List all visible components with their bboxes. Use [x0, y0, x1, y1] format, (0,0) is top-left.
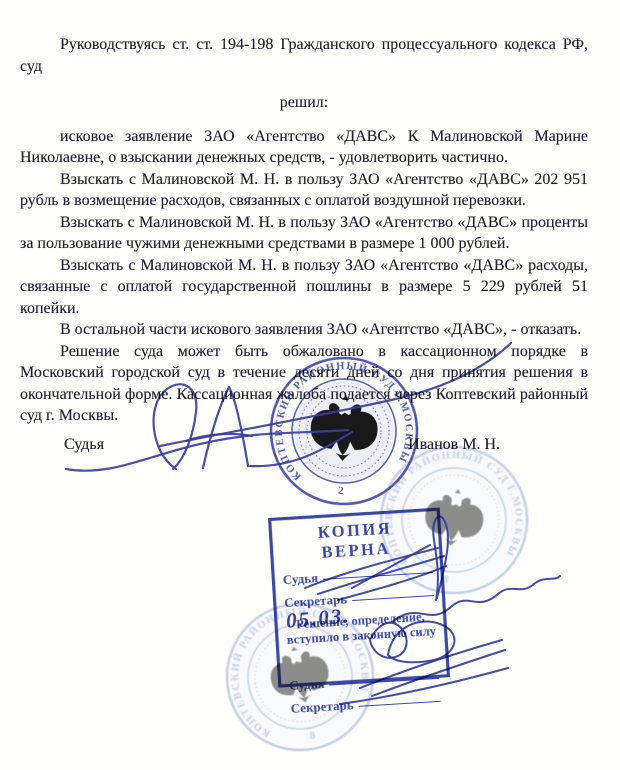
svg-text:8: 8	[309, 729, 317, 742]
copy-stamp-title: КОПИЯ ВЕРНА	[279, 516, 431, 565]
blank-line	[330, 678, 440, 686]
copy-stamp-judge-line-2: Судья	[289, 669, 440, 694]
paragraph: В остальной части искового заявления ЗАО…	[20, 319, 588, 341]
resolution-heading: решил:	[20, 92, 588, 114]
intro-paragraph: Руководствуясь ст. ст. 194-198 Гражданск…	[20, 34, 588, 77]
paragraph: Взыскать с Малиновской М. Н. в пользу ЗА…	[20, 212, 588, 255]
signature-row: Судья Иванов М. Н.	[20, 434, 588, 456]
body-paragraphs: исковое заявление ЗАО «Агентство «ДАВС» …	[20, 126, 588, 427]
seal-number: 2	[338, 485, 345, 497]
scanned-court-decision: Руководствуясь ст. ст. 194-198 Гражданск…	[0, 0, 620, 770]
copy-stamp-secretary-label: Секретарь	[290, 697, 354, 717]
copy-stamp-secretary-line-2: Секретарь	[290, 692, 441, 717]
paragraph: Взыскать с Малиновской М. Н. в пользу ЗА…	[20, 255, 588, 320]
paragraph: исковое заявление ЗАО «Агентство «ДАВС» …	[20, 126, 588, 169]
copy-verna-stamp: КОПИЯ ВЕРНА Судья Секретарь Решение, опр…	[268, 507, 450, 687]
blank-line	[352, 595, 434, 601]
paragraph: Взыскать с Малиновской М. Н. в пользу ЗА…	[20, 169, 588, 212]
blank-line	[359, 701, 441, 707]
copy-stamp-judge-label: Судья	[282, 570, 318, 588]
decision-text: Руководствуясь ст. ст. 194-198 Гражданск…	[20, 34, 588, 455]
judge-name: Иванов М. Н.	[408, 434, 500, 456]
paragraph: Решение суда может быть обжаловано в кас…	[20, 341, 588, 427]
judge-label: Судья	[64, 434, 104, 456]
copy-stamp-judge-label: Судья	[289, 676, 325, 694]
copy-stamp-judge-line: Судья	[282, 563, 433, 588]
blank-line	[323, 572, 433, 580]
